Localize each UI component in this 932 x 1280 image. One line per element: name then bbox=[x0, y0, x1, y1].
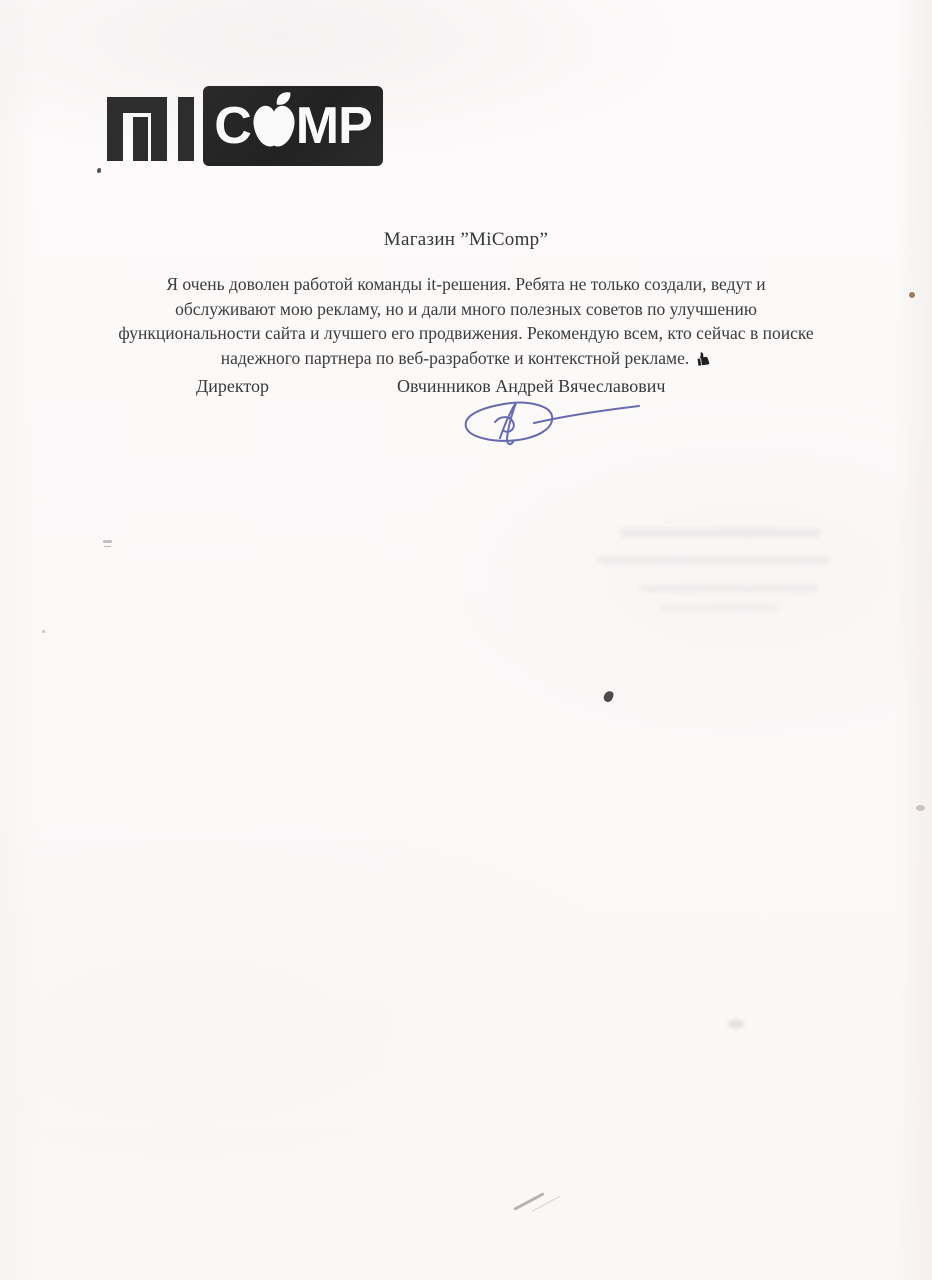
mi-bar bbox=[178, 97, 194, 161]
paragraph-line: Я очень доволен работой команды it-решен… bbox=[11, 272, 921, 297]
scan-speck bbox=[97, 168, 101, 173]
scan-speck bbox=[603, 690, 615, 703]
paragraph-line-text: надежного партнера по веб-разработке и к… bbox=[221, 346, 690, 371]
scan-speck bbox=[909, 292, 915, 298]
letter-title: Магазин ”MiComp” bbox=[0, 229, 932, 251]
mi-logo-icon bbox=[107, 97, 194, 161]
bleed-through-text bbox=[640, 584, 818, 593]
comp-logo-box: C MP bbox=[203, 86, 383, 166]
testimonial-paragraph: Я очень доволен работой команды it-решен… bbox=[11, 272, 921, 370]
scan-smudge bbox=[103, 540, 112, 543]
comp-letter-c: C bbox=[214, 100, 251, 152]
thumbs-up-icon bbox=[695, 350, 712, 367]
scan-speck bbox=[916, 805, 925, 811]
bleed-through-text bbox=[660, 604, 778, 612]
paragraph-line: надежного партнера по веб-разработке и к… bbox=[11, 346, 921, 371]
scanned-letter-page: C MP Магазин ”MiComp” Я очень доволен ра… bbox=[0, 0, 932, 1280]
mi-bar bbox=[133, 117, 148, 161]
paragraph-line: функциональности сайта и лучшего его про… bbox=[11, 321, 921, 346]
scan-speck bbox=[42, 630, 45, 633]
comp-letter-mp: MP bbox=[296, 100, 372, 152]
mi-bar bbox=[151, 97, 167, 161]
pencil-mark bbox=[513, 1192, 544, 1211]
bleed-through-text bbox=[598, 556, 830, 565]
signer-name: Овчинников Андрей Вячеславович bbox=[397, 376, 665, 397]
apple-icon bbox=[253, 89, 295, 151]
scan-smudge bbox=[728, 1020, 744, 1028]
paragraph-line: обслуживают мою рекламу, но и дали много… bbox=[11, 297, 921, 322]
bleed-through-text bbox=[620, 528, 820, 537]
signer-role: Директор bbox=[196, 376, 269, 397]
signature-ink bbox=[450, 398, 650, 450]
